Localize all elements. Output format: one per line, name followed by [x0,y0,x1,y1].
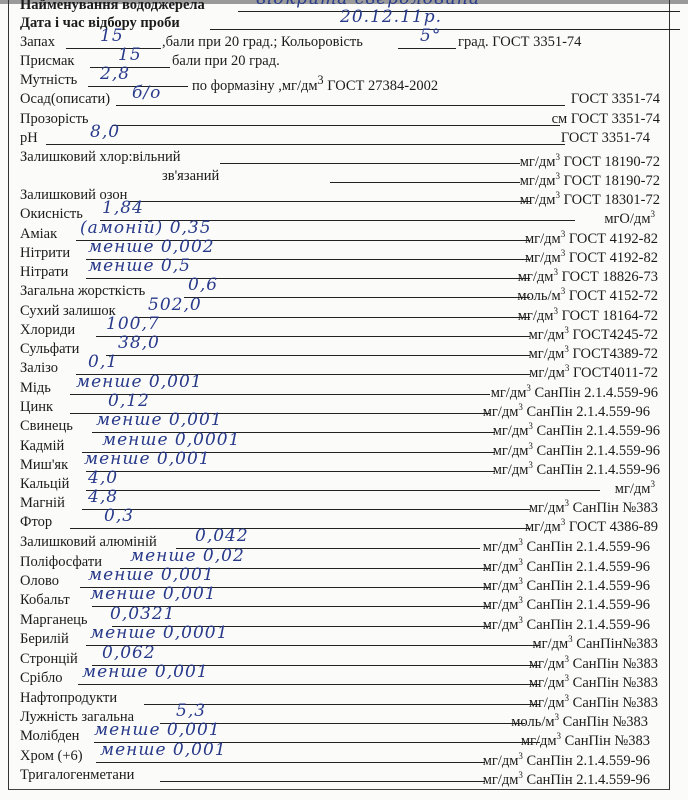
measurement-value: 38,0 [118,334,160,352]
measurement-label: зв'язаний [162,167,219,185]
standard-ref: ГОСТ 3351-74 [571,111,660,127]
standard-ref: СанПін 2.1.4.559-96 [537,443,660,459]
unit-text: мг/дм [529,346,565,362]
unit-text: мг/дм [493,423,529,439]
measurement-label: Сухий залишок [20,302,116,320]
standard-ref: СанПін 2.1.4.559-96 [527,597,650,613]
unit-text: мг/дм [525,519,561,535]
standard-ref: ГОСТ4011-72 [573,365,658,381]
standard-ref: СанПін 2.1.4.559-96 [537,462,660,478]
unit-text: мг/дм [529,656,565,672]
unit-exponent: 3 [651,209,656,219]
unit-text: мг/дм [520,192,556,208]
standard-ref: СанПін 2.1.4.559-96 [537,423,660,439]
measurement-value: менше 0,001 [82,663,209,681]
value-underline [220,163,520,164]
unit-exponent: 3 [526,383,531,393]
unit-exponent: 3 [518,576,523,586]
unit-text: мг/дм [529,695,565,711]
standard-ref: ГОСТ 4192-82 [569,231,658,247]
measurement-value: 4,8 [88,488,118,506]
measurement-label: Олово [20,572,59,590]
standard-ref: ГОСТ 3351-74 [561,130,650,146]
water-source-label: Найменування вододжерела [20,0,205,14]
unit-text: мг/дм [483,539,519,555]
measurement-label: Кобальт [20,591,70,609]
sample-date-value: 20.12.11р. [340,8,442,26]
measurement-label: Нафтопродукти [20,689,117,707]
unit-exponent: 3 [568,634,573,644]
unit-exponent: 3 [518,537,523,547]
unit-text: моль/м [517,288,560,304]
turbidity-value: 2,8 [100,65,130,83]
measurement-label: Миш'як [20,456,68,474]
measurement-value: 0,1 [88,353,118,371]
measurement-label: Нітрити [20,244,70,262]
unit-exponent: 3 [528,460,533,470]
standard-ref: СанПін №383 [563,714,648,730]
value-underline [46,144,565,145]
standard-ref: ГОСТ 4192-82 [569,250,658,266]
measurement-value: менше 0,001 [96,411,223,429]
value-underline [106,355,530,356]
measurement-value: 5,3 [176,702,206,720]
value-underline [86,471,495,472]
measurement-label: Осад(описати) [20,90,110,108]
measurement-label: Аміак [20,225,57,243]
taste-label: Присмак [20,52,74,70]
standard-ref: ГОСТ4245-72 [572,327,658,343]
unit-exponent: 3 [555,152,560,162]
unit-exponent: 3 [565,363,570,373]
standard-ref: СанПін №383 [573,500,658,516]
measurement-value: менше 0,0001 [102,431,240,449]
unit-text: мгО/дм [604,211,650,227]
unit-text: мг/дм [529,500,565,516]
measurement-label: Хлориди [20,321,75,339]
measurement-value: менше 0,0001 [90,624,228,642]
standard-ref: ГОСТ4389-72 [572,346,658,362]
measurement-label: Хром (+6) [20,747,83,765]
measurement-label: Сульфати [20,340,79,358]
measurement-value: менше 0,001 [100,741,227,759]
measurement-label: Мідь [20,379,51,397]
unit-text: мг/дм [493,443,529,459]
measurement-label: Залізо [20,359,58,377]
value-underline [160,781,485,782]
measurement-label: Залишковий хлор:вільний [20,148,181,166]
unit-exponent: 3 [518,770,523,780]
unit-exponent: 3 [565,498,570,508]
value-underline [112,125,560,126]
unit-exponent: 3 [555,190,560,200]
unit-text: мг/дм [521,733,557,749]
standard-ref: СанПін№383 [576,636,658,652]
measurement-label: Цинк [20,398,53,416]
standard-ref: ГОСТ 18164-72 [562,308,658,324]
unit-text: мг/дм [525,231,561,247]
unit-exponent: 3 [518,557,523,567]
unit-text: см [552,111,568,127]
unit-text: мг/дм [483,617,519,633]
measurement-label: Молібден [20,727,79,745]
unit-text: мг/дм [491,385,527,401]
measurement-value: 0,6 [188,276,218,294]
measurement-value: 8,0 [90,123,120,141]
unit-text: мг/дм [483,559,519,575]
taste-value: 15 [118,46,142,64]
unit-exponent: 3 [518,595,523,605]
unit-text: мг/дм [529,327,565,343]
unit-text: мг/дм [525,250,561,266]
unit-exponent: 3 [518,402,523,412]
measurement-label: Кадмій [20,437,64,455]
unit-exponent: 3 [564,344,569,354]
odor-line [66,48,161,49]
odor-label: Запах [20,33,55,51]
measurement-label: Стронцій [20,650,78,668]
value-underline [135,317,530,318]
value-underline [184,297,530,298]
measurement-label: Окисність [20,205,83,223]
unit-text: мг/дм [529,675,565,691]
value-underline [128,201,530,202]
unit-text: мг/дм [518,269,554,285]
unit-exponent: 3 [565,693,570,703]
unit-exponent: 3 [557,731,562,741]
unit-text: мг/дм [520,154,556,170]
standard-ref: ГОСТ 18301-72 [564,192,660,208]
unit-exponent: 3 [561,248,566,258]
measurement-label: Фтор [20,513,52,531]
standard-ref: СанПін 2.1.4.559-96 [527,617,650,633]
unit-exponent: 3 [651,479,656,489]
measurement-value: 4,0 [88,469,118,487]
unit-text: моль/м [511,714,554,730]
value-underline [70,528,530,529]
standard-ref: ГОСТ 4386-89 [569,519,658,535]
standard-ref: СанПін 2.1.4.559-96 [535,385,658,401]
measurement-label: Загальна жорсткість [20,282,145,300]
unit-exponent: 3 [565,654,570,664]
standard-ref: СанПін 2.1.4.559-96 [527,404,650,420]
measurement-value: 0,042 [195,527,249,545]
measurement-value: 0,062 [102,644,156,662]
measurement-value: б/о [132,84,161,102]
standard-ref: ГОСТ 18826-73 [562,269,658,285]
measurement-value: 502,0 [148,296,202,314]
standard-ref: СанПін 2.1.4.559-96 [527,772,650,788]
measurement-label: Нітрати [20,263,68,281]
value-underline [330,182,520,183]
measurement-label: Магній [20,494,65,512]
standard-ref: СанПін 2.1.4.559-96 [527,539,650,555]
color-unit: град. ГОСТ 3351-74 [458,33,581,51]
unit-exponent: 3 [555,712,560,722]
odor-value: 15 [100,27,124,45]
measurement-value: 100,7 [106,315,160,333]
unit-exponent: 3 [555,171,560,181]
standard-ref: СанПін 2.1.4.559-96 [527,578,650,594]
measurement-value: менше 0,001 [90,585,217,603]
unit-text: мг/дм [483,578,519,594]
unit-text: мг/дм [615,481,651,497]
unit-text: мг/дм [483,404,519,420]
unit-exponent: 3 [564,325,569,335]
measurement-value: 1,84 [102,199,144,217]
value-underline [96,336,530,337]
value-underline [86,490,600,491]
unit-text: мг/дм [518,308,554,324]
unit-exponent: 3 [553,306,558,316]
unit-exponent: 3 [561,517,566,527]
unit-exponent: 3 [518,615,523,625]
measurement-value: менше 0,001 [84,450,211,468]
unit-exponent: 3 [528,441,533,451]
standard-ref: ГОСТ 18190-72 [564,173,660,189]
value-underline [78,684,540,685]
standard-ref: СанПін №383 [573,675,658,691]
color-value: 5° [420,27,441,45]
measurement-label: рН [20,129,38,147]
standard-ref: ГОСТ 3351-74 [571,91,660,107]
measurement-value: (амоній) 0,35 [80,219,212,237]
unit-text: мг/дм [483,597,519,613]
unit-text: мг/дм [483,753,519,769]
measurement-label: Свинець [20,417,73,435]
measurement-label: Тригалогенметани [20,766,134,784]
taste-unit: бали при 20 град. [172,52,280,70]
measurement-label: Срібло [20,669,62,687]
unit-exponent: 3 [565,673,570,683]
measurement-label: Кальцій [20,475,69,493]
water-source-line [238,11,680,12]
value-underline [86,278,530,279]
measurement-value: менше 0,02 [130,547,245,565]
measurement-label: Берилій [20,630,69,648]
sample-date-line [210,29,680,30]
standard-ref: СанПін 2.1.4.559-96 [527,753,650,769]
unit-text: мг/дм [532,636,568,652]
unit-exponent: 3 [561,286,566,296]
standard-ref: СанПін №383 [565,733,650,749]
unit-exponent: 3 [518,751,523,761]
measurement-value: 0,12 [108,392,150,410]
measurement-value: 0,0321 [110,605,175,623]
standard-ref: СанПін 2.1.4.559-96 [527,559,650,575]
unit-text: мг/дм [520,173,556,189]
measurement-label: Прозорість [20,110,89,128]
unit-exponent: 3 [561,229,566,239]
unit-text: мг/дм [529,365,565,381]
turbidity-label: Мутність [20,71,77,89]
standard-ref: СанПін №383 [573,695,658,711]
measurement-value: менше 0,002 [88,238,215,256]
measurement-label: Марганець [20,611,88,629]
measurement-value: 0,3 [104,507,134,525]
standard-ref: ГОСТ 18190-72 [564,154,660,170]
measurement-value: менше 0,001 [94,721,221,739]
value-underline [82,509,530,510]
unit-text: мг/дм [493,462,529,478]
odor-unit: ,бали при 20 град.; Кольоровість [162,33,363,51]
measurement-value: менше 0,001 [88,566,215,584]
measurement-value: менше 0,001 [76,373,203,391]
turbidity-unit: по формазіну ,мг/дм3 ГОСТ 27384-2002 [192,71,438,95]
color-line [398,48,456,49]
measurement-value: менше 0,5 [88,257,191,275]
value-underline [96,762,485,763]
value-underline [116,105,565,106]
unit-text: мг/дм [483,772,519,788]
standard-ref: СанПін №383 [573,656,658,672]
standard-ref: ГОСТ 4152-72 [569,288,658,304]
unit-exponent: 3 [528,421,533,431]
unit-exponent: 3 [553,267,558,277]
